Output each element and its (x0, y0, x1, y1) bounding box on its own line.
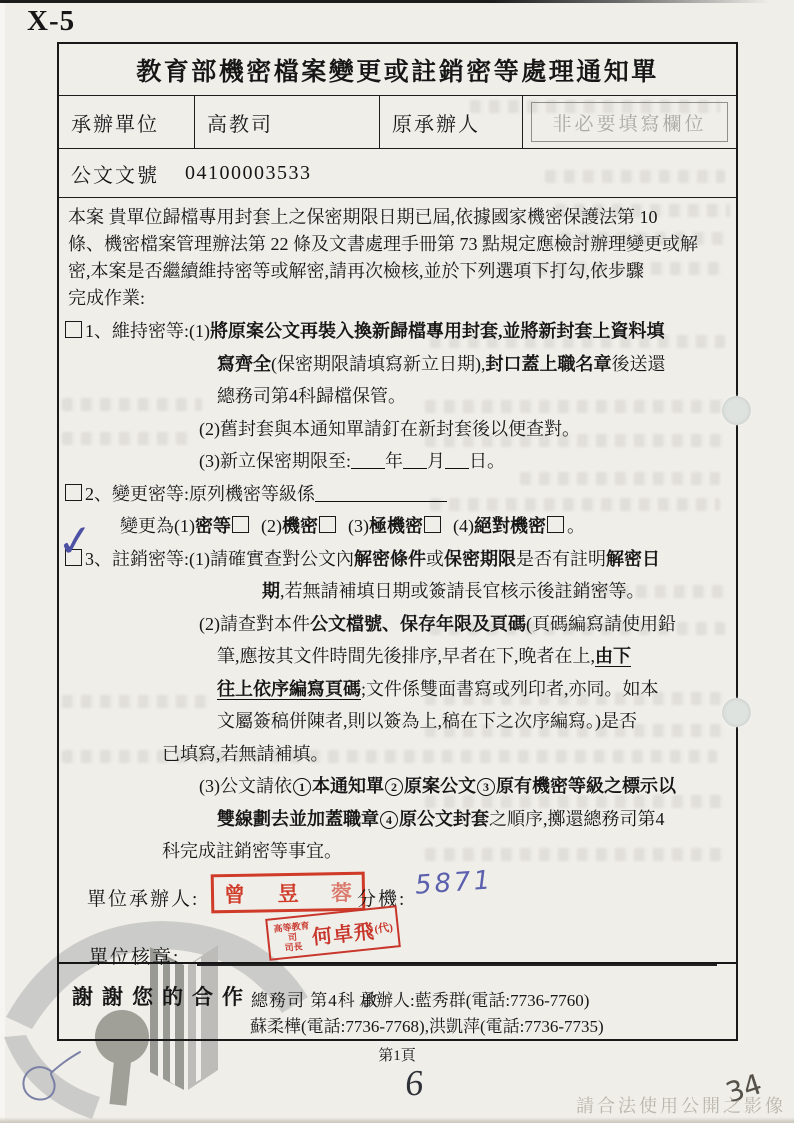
text-run: 極機密 (369, 516, 423, 536)
form-line: (2)舊封套與本通知單請釘在新封套後以便查對。 (59, 413, 736, 446)
text-run: 原案公文 (404, 776, 476, 796)
text-run: 封口蓋上職名章 (486, 354, 612, 374)
text-run: (3)新立保密期限至: (199, 451, 351, 471)
text-run: 或 (426, 549, 444, 569)
text-run: 由下 (595, 646, 631, 667)
text-run: 解密日 (606, 549, 660, 569)
text-run: 3、註銷密等:(1)請確實查對公文內 (85, 549, 354, 569)
form-line: 總務司第4科歸檔保管。 (59, 380, 736, 413)
header-cell-original-officer: 原承辦人 (379, 96, 522, 148)
text-run: 總務司第4科歸檔保管。 (217, 386, 406, 406)
form-line: 筆,應按其文件時間先後排序,早者在下,晚者在上,由下 (59, 640, 736, 673)
unit-officer-label: 單位承辦人: (87, 884, 199, 911)
text-run: ,若無請補填日期或簽請長官核示後註銷密等。 (280, 581, 645, 601)
stamp-char: 曾 (224, 878, 246, 908)
officer-name-stamp: 曾 昱 蓉 (211, 872, 366, 914)
stamp-char: 昱 (277, 877, 299, 907)
notice-form: 教育部機密檔案變更或註銷密等處理通知單 承辦單位 高教司 原承辦人 非必要填寫欄… (57, 42, 738, 1041)
checkbox[interactable] (65, 484, 82, 501)
checkbox-checked[interactable] (65, 549, 82, 566)
circled-number: 4 (380, 811, 398, 829)
intro-line: 密,本案是否繼續維持密等或解密,請再次檢核,並於下列選項下打勾,依步驟 (68, 258, 728, 285)
text-run: 。 (567, 516, 585, 536)
header-cell-unit-value: 高教司 (194, 96, 379, 148)
text-run: 筆,應按其文件時間先後排序,早者在下,晚者在上, (217, 646, 595, 666)
text-run: 1、維持密等:(1) (85, 321, 210, 341)
seal-office-title: 高等教育司司長 (272, 920, 314, 954)
form-line: 科完成註銷密等事宜。 (59, 835, 736, 868)
form-line: 期,若無請補填日期或簽請長官核示後註銷密等。 (59, 575, 736, 608)
fill-blank[interactable] (351, 451, 385, 469)
checkbox[interactable] (319, 516, 336, 533)
text-run: 原公文封套 (399, 809, 489, 829)
intro-line: 本案 貴單位歸檔專用封套上之保密期限日期已屆,依據國家機密保護法第 10 (68, 204, 728, 231)
text-run: 解密條件 (354, 549, 426, 569)
seal-acting-suffix: (代) (374, 919, 394, 937)
checkbox[interactable] (232, 516, 249, 533)
intro-line: 完成作業: (68, 285, 728, 312)
text-run: (4) (444, 516, 474, 536)
form-line: 寫齊全(保密期限請填寫新立日期),封口蓋上職名章後送還 (59, 348, 736, 381)
form-line: 變更為(1)密等 (2)機密 (3)極機密 (4)絕對機密。 (59, 510, 736, 543)
text-run: ,並將新封套上資料填 (498, 321, 665, 341)
usage-watermark-text: 請合法使用公開之影像 (576, 1092, 786, 1118)
text-run: 文屬簽稿併陳者,則以簽為上,稿在下之次序編寫。)是否 (217, 711, 637, 731)
text-run: 寫齊全 (217, 354, 271, 374)
text-run: 密等 (195, 516, 231, 536)
form-line: 1、維持密等:(1)將原案公文再裝入換新歸檔專用封套,並將新封套上資料填 (59, 315, 736, 348)
form-line: 文屬簽稿併陳者,則以簽為上,稿在下之次序編寫。)是否 (59, 705, 736, 738)
text-run: ;文件係雙面書寫或列印者,亦同。如本 (361, 679, 659, 699)
fill-blank[interactable] (315, 484, 447, 502)
text-run: 日。 (469, 451, 505, 471)
doc-number-row: 公文文號 04100003533 (59, 149, 736, 198)
scan-edge-top (0, 0, 794, 3)
checkbox[interactable] (424, 516, 441, 533)
form-line: 雙線劃去並加蓋職章4原公文封套之順序,擲還總務司第4 (59, 803, 736, 836)
footer-contact-2: 蘇柔樺(電話:7736-7768),洪凱萍(電話:7736-7735) (250, 1012, 604, 1037)
form-line: (3)公文請依1本通知單2原案公文3原有機密等級之標示以 (59, 770, 736, 803)
seal-director-name: 何卓飛 (310, 914, 376, 949)
intro-paragraph: 本案 貴單位歸檔專用封套上之保密期限日期已屆,依據國家機密保護法第 10條、機密… (59, 198, 736, 312)
text-run: 機密 (282, 516, 318, 536)
text-run: 往上依序編寫頁碼 (217, 679, 361, 700)
form-header-row: 承辦單位 高教司 原承辦人 非必要填寫欄位 (59, 96, 736, 149)
footer-row: 謝謝您的合作 總務司 第4科 啟 承辦人:藍秀群(電話:7736-7760) 蘇… (59, 962, 736, 1039)
fill-blank[interactable] (403, 451, 427, 469)
text-run: (2) (252, 516, 282, 536)
instruction-lines: 1、維持密等:(1)將原案公文再裝入換新歸檔專用封套,並將新封套上資料填寫齊全(… (59, 315, 736, 868)
checkbox[interactable] (65, 321, 82, 338)
circled-number: 2 (385, 778, 403, 796)
text-run: 後送還 (612, 354, 666, 374)
doc-number-label: 公文文號 (71, 159, 159, 188)
footer-contact-1: 承辦人:藍秀群(電話:7736-7760) (359, 986, 589, 1011)
fill-blank[interactable] (445, 451, 469, 469)
form-title-row: 教育部機密檔案變更或註銷密等處理通知單 (59, 44, 736, 96)
optional-field-box: 非必要填寫欄位 (531, 102, 728, 142)
text-run: 將原案公文再裝入換新歸檔專用封套 (210, 321, 498, 341)
checkbox[interactable] (547, 516, 564, 533)
circled-number: 1 (293, 778, 311, 796)
form-line: (3)新立保密期限至:年月日。 (59, 445, 736, 478)
text-run: 雙線劃去並加蓋職章 (217, 809, 379, 829)
text-run: (3)公文請依 (199, 776, 292, 796)
form-line: 已填寫,若無請補填。 (59, 738, 736, 771)
thanks-text: 謝謝您的合作 (72, 981, 252, 1011)
text-run: 已填寫,若無請補填。 (162, 744, 329, 764)
handwritten-doodle (14, 1044, 92, 1108)
text-run: (保密期限請填寫新立日期), (271, 354, 486, 374)
text-run: 公文檔號、保存年限及頁碼 (310, 614, 526, 634)
text-run: 期 (262, 581, 280, 601)
text-run: (2)請查對本件 (199, 614, 310, 634)
punch-hole (722, 396, 751, 425)
page-number: 第1頁 (0, 1044, 794, 1065)
circled-number: 3 (477, 778, 495, 796)
page-tag: X-5 (27, 5, 75, 38)
doc-number-value: 04100003533 (185, 162, 312, 185)
header-cell-optional: 非必要填寫欄位 (522, 96, 736, 148)
text-run: 年 (385, 451, 403, 471)
text-run: 絕對機密 (474, 516, 546, 536)
text-run: (3) (339, 516, 369, 536)
form-title: 教育部機密檔案變更或註銷密等處理通知單 (136, 52, 659, 88)
form-line: 3、註銷密等:(1)請確實查對公文內解密條件或保密期限是否有註明解密日 (59, 543, 736, 576)
form-line: 2、變更密等:原列機密等級係 (59, 478, 736, 511)
text-run: 本通知單 (312, 776, 384, 796)
intro-line: 條、機密檔案管理辦法第 22 條及文書處理手冊第 73 點規定應檢討辦理變更或解 (68, 231, 728, 258)
punch-hole (722, 698, 751, 727)
text-run: 2、變更密等:原列機密等級係 (85, 484, 315, 504)
handwritten-number-center: 6 (403, 1061, 425, 1104)
form-body: 本案 貴單位歸檔專用封套上之保密期限日期已屆,依據國家機密保護法第 10條、機密… (59, 198, 736, 962)
stamp-char: 蓉 (331, 876, 353, 906)
text-run: (2)舊封套與本通知單請釘在新封套後以便查對。 (199, 419, 580, 439)
header-cell-unit-label: 承辦單位 (59, 96, 194, 148)
text-run: (頁碼編寫請使用鉛 (526, 614, 676, 634)
form-line: 往上依序編寫頁碼;文件係雙面書寫或列印者,亦同。如本 (59, 673, 736, 706)
extension-value-handwritten: 5871 (414, 865, 494, 900)
text-run: 是否有註明 (516, 549, 606, 569)
text-run: 月 (427, 451, 445, 471)
form-line: (2)請查對本件公文檔號、保存年限及頁碼(頁碼編寫請使用鉛 (59, 608, 736, 641)
text-run: 變更為(1) (120, 516, 195, 536)
text-run: 原有機密等級之標示以 (496, 776, 676, 796)
text-run: 科完成註銷密等事宜。 (162, 841, 342, 861)
text-run: 保密期限 (444, 549, 516, 569)
text-run: 之順序,擲還總務司第4 (489, 809, 665, 829)
